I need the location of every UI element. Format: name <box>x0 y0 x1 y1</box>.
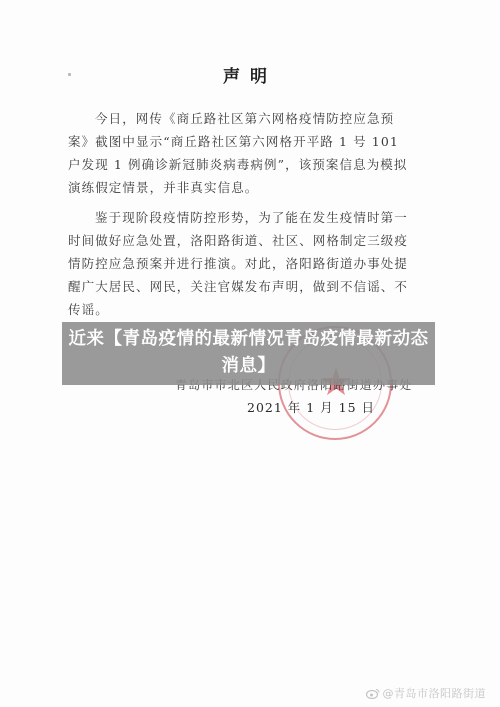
document-paragraph-2: 鉴于现阶段疫情防控形势，为了能在发生疫情时第一时间做好应急处置，洛阳路街道、社区… <box>68 206 408 321</box>
source-watermark: @青岛市洛阳路街道 <box>366 685 487 701</box>
watermark-text: @青岛市洛阳路街道 <box>383 685 487 701</box>
headline-overlay-banner: 近来【青岛疫情的最新情况青岛疫情最新动态消息】 <box>62 322 435 385</box>
signature-date: 2021 年 1 月 15 日 <box>247 398 375 416</box>
headline-text: 近来【青岛疫情的最新情况青岛疫情最新动态消息】 <box>62 326 435 380</box>
document-paragraph-1: 今日，网传《商丘路社区第六网格疫情防控应急预案》截图中显示“商丘路社区第六网格开… <box>68 107 408 199</box>
document-title: 声明 <box>0 62 500 87</box>
weibo-icon <box>366 688 380 699</box>
